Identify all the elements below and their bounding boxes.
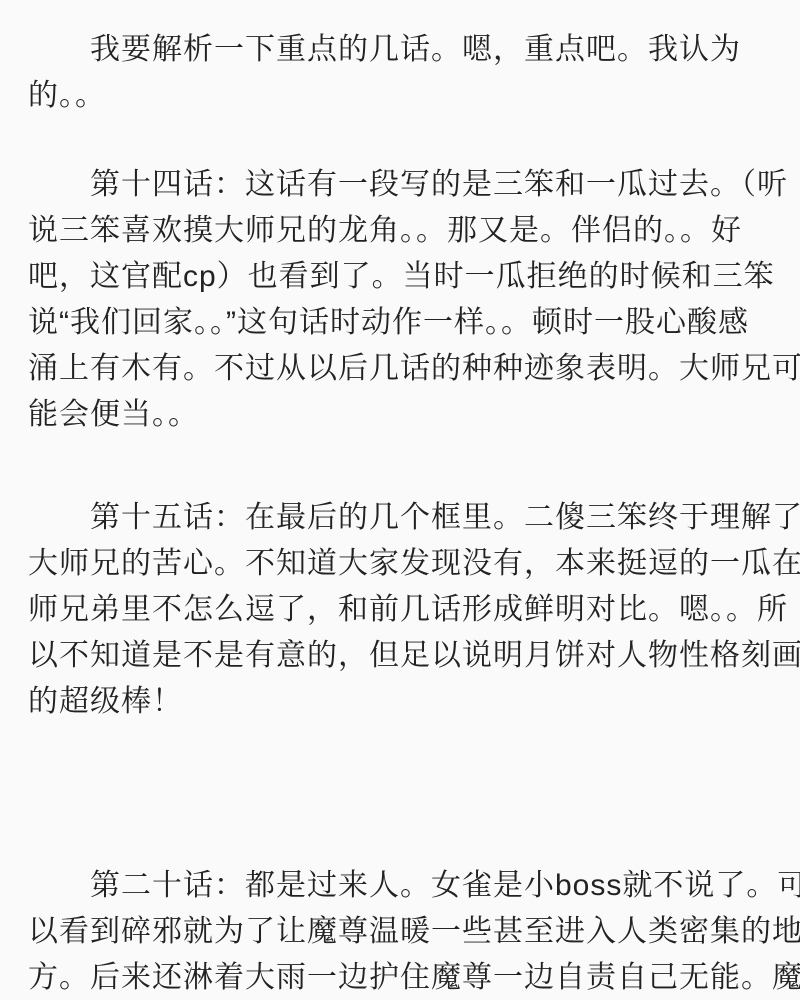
text-line: 吧，这官配cp）也看到了。当时一瓜拒绝的时候和三笨 — [28, 254, 772, 300]
text-line: 能会便当。。 — [28, 392, 772, 438]
text-line: 第十四话：这话有一段写的是三笨和一瓜过去。（听 — [28, 162, 772, 208]
text-line: 以不知道是不是有意的，但足以说明月饼对人物性格刻画 — [28, 633, 772, 679]
text-line: 第十五话：在最后的几个框里。二傻三笨终于理解了 — [28, 495, 772, 541]
text-line: 我要解析一下重点的几话。嗯，重点吧。我认为 — [28, 27, 772, 73]
paragraph-episode-15: 第十五话：在最后的几个框里。二傻三笨终于理解了 大师兄的苦心。不知道大家发现没有… — [28, 495, 772, 725]
text-line: 的超级棒！ — [28, 679, 772, 725]
text-line: 的。。 — [28, 73, 772, 119]
text-line: 说“我们回家。。”这句话时动作一样。。顿时一股心酸感 — [28, 300, 772, 346]
paragraph-episode-20: 第二十话：都是过来人。女雀是小boss就不说了。可 以看到碎邪就为了让魔尊温暖一… — [28, 863, 772, 1000]
text-line: 说三笨喜欢摸大师兄的龙角。。那又是。伴侣的。。好 — [28, 208, 772, 254]
text-line: 第二十话：都是过来人。女雀是小boss就不说了。可 — [28, 863, 772, 909]
reader-page[interactable]: 我要解析一下重点的几话。嗯，重点吧。我认为 的。。 第十四话：这话有一段写的是三… — [0, 0, 800, 1000]
text-line: 方。后来还淋着大雨一边护住魔尊一边自责自己无能。魔 — [28, 955, 772, 1000]
text-line: 大师兄的苦心。不知道大家发现没有，本来挺逗的一瓜在 — [28, 541, 772, 587]
paragraph-intro: 我要解析一下重点的几话。嗯，重点吧。我认为 的。。 — [28, 27, 772, 119]
paragraph-episode-14: 第十四话：这话有一段写的是三笨和一瓜过去。（听 说三笨喜欢摸大师兄的龙角。。那又… — [28, 162, 772, 438]
text-line: 师兄弟里不怎么逗了，和前几话形成鲜明对比。嗯。。所 — [28, 587, 772, 633]
text-line: 涌上有木有。不过从以后几话的种种迹象表明。大师兄可 — [28, 346, 772, 392]
text-line: 以看到碎邪就为了让魔尊温暖一些甚至进入人类密集的地 — [28, 909, 772, 955]
